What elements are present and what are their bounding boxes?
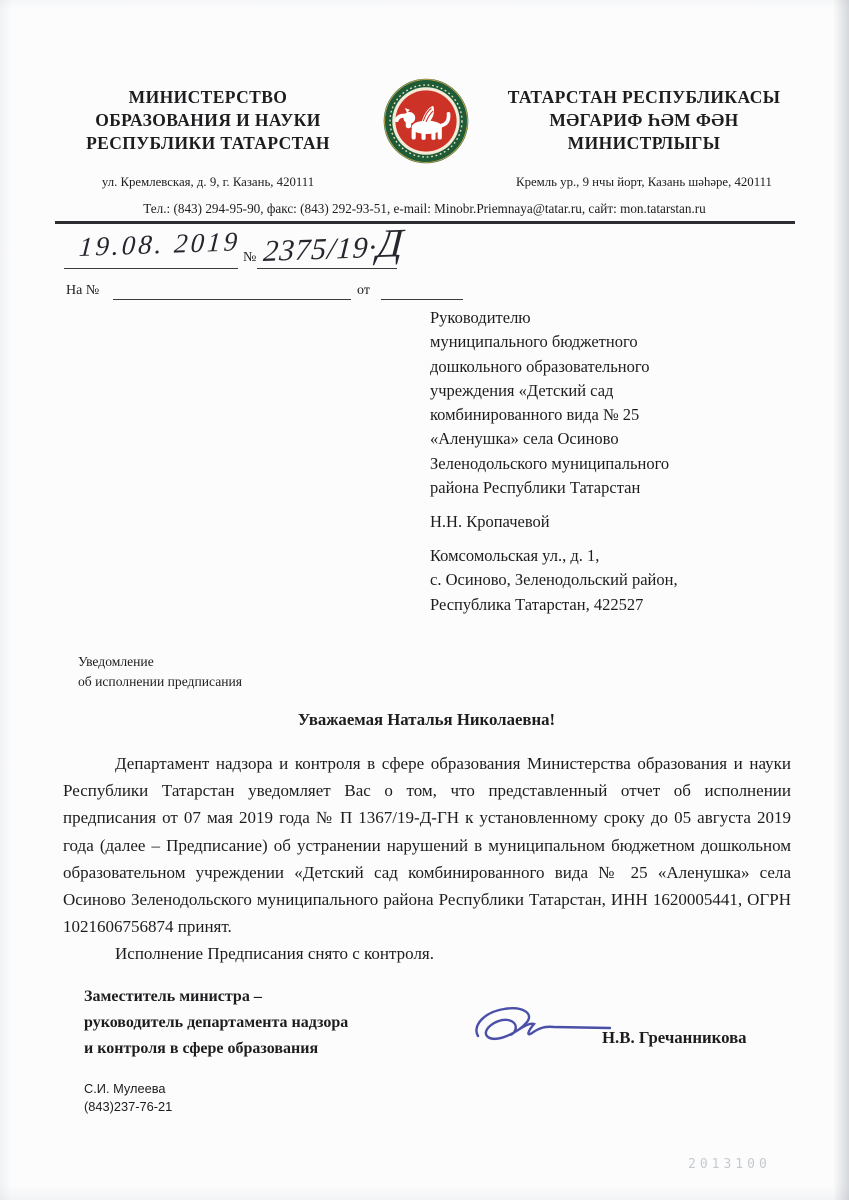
signer-position-block: Заместитель министра – руководитель депа… bbox=[84, 984, 348, 1062]
outgoing-number-letter: Д bbox=[376, 220, 406, 266]
reply-number-underline bbox=[113, 299, 351, 300]
recipient-person-name: Н.Н. Кропачевой bbox=[430, 512, 550, 532]
recipient-line: района Республики Татарстан bbox=[430, 476, 810, 500]
ministry-name-ru-line2: ОБРАЗОВАНИЯ И НАУКИ bbox=[58, 109, 358, 132]
ministry-name-ru-line3: РЕСПУБЛИКИ ТАТАРСТАН bbox=[58, 132, 358, 155]
recipient-line: «Аленушка» села Осиново bbox=[430, 427, 810, 451]
outgoing-number-digits: 2375/19· bbox=[262, 231, 378, 268]
scanned-letter-page: МИНИСТЕРСТВО ОБРАЗОВАНИЯ И НАУКИ РЕСПУБЛ… bbox=[0, 0, 849, 1200]
ministry-name-ru-line1: МИНИСТЕРСТВО bbox=[58, 86, 358, 109]
signer-position-line: и контроля в сфере образования bbox=[84, 1036, 348, 1062]
ministry-name-tt-line1: ТАТАРСТАН РЕСПУБЛИКАСЫ bbox=[486, 86, 802, 109]
number-sign-label: № bbox=[243, 250, 256, 266]
recipient-line: муниципального бюджетного bbox=[430, 330, 810, 354]
ministry-name-russian: МИНИСТЕРСТВО ОБРАЗОВАНИЯ И НАУКИ РЕСПУБЛ… bbox=[58, 86, 358, 155]
signature-ink-icon bbox=[468, 998, 620, 1060]
header-divider-rule bbox=[55, 221, 795, 224]
reply-to-number-label: На № bbox=[66, 283, 99, 299]
body-paragraph-1: Департамент надзора и контроля в сфере о… bbox=[63, 750, 791, 940]
executor-name: С.И. Мулеева bbox=[84, 1080, 172, 1098]
recipient-address-line: с. Осиново, Зеленодольский район, bbox=[430, 568, 810, 592]
reply-date-underline bbox=[381, 299, 463, 300]
recipient-block: Руководителю муниципального бюджетного д… bbox=[430, 306, 810, 500]
subject-line1: Уведомление bbox=[78, 652, 242, 672]
reply-from-label: от bbox=[357, 283, 370, 299]
letter-body: Департамент надзора и контроля в сфере о… bbox=[63, 750, 791, 968]
recipient-line: Зеленодольского муниципального bbox=[430, 452, 810, 476]
ministry-name-tt-line3: МИНИСТРЛЫГЫ bbox=[486, 132, 802, 155]
coat-of-arms-icon bbox=[381, 76, 471, 166]
ministry-address-tatar: Кремль ур., 9 нчы йорт, Казань шәһәре, 4… bbox=[486, 175, 802, 190]
signer-position-line: Заместитель министра – bbox=[84, 984, 348, 1010]
recipient-line: дошкольного образовательного bbox=[430, 355, 810, 379]
document-subject: Уведомление об исполнении предписания bbox=[78, 652, 242, 692]
recipient-line: Руководителю bbox=[430, 306, 810, 330]
contact-info-line: Тел.: (843) 294-95-90, факс: (843) 292-9… bbox=[0, 201, 849, 217]
salutation: Уважаемая Наталья Николаевна! bbox=[63, 710, 790, 730]
recipient-address: Комсомольская ул., д. 1, с. Осиново, Зел… bbox=[430, 544, 810, 617]
subject-line2: об исполнении предписания bbox=[78, 672, 242, 692]
signer-name: Н.В. Гречанникова bbox=[602, 1028, 747, 1048]
recipient-address-line: Республика Татарстан, 422527 bbox=[430, 593, 810, 617]
handwritten-outgoing-number: 2375/19·Д bbox=[262, 219, 406, 271]
tatarstan-emblem-logo bbox=[381, 76, 471, 166]
date-underline bbox=[64, 268, 238, 269]
handwritten-date: 19.08. 2019 bbox=[78, 226, 241, 263]
faint-scan-stamp: 2013100 bbox=[688, 1157, 771, 1172]
recipient-line: учреждения «Детский сад bbox=[430, 379, 810, 403]
ministry-name-tt-line2: МӘГАРИФ ҺӘМ ФӘН bbox=[486, 109, 802, 132]
executor-phone: (843)237-76-21 bbox=[84, 1098, 172, 1116]
number-underline bbox=[257, 268, 397, 269]
recipient-address-line: Комсомольская ул., д. 1, bbox=[430, 544, 810, 568]
ministry-name-tatar: ТАТАРСТАН РЕСПУБЛИКАСЫ МӘГАРИФ ҺӘМ ФӘН М… bbox=[486, 86, 802, 155]
signer-position-line: руководитель департамента надзора bbox=[84, 1010, 348, 1036]
body-paragraph-2: Исполнение Предписания снято с контроля. bbox=[63, 940, 791, 967]
ministry-address-russian: ул. Кремлевская, д. 9, г. Казань, 420111 bbox=[58, 175, 358, 190]
executor-contact: С.И. Мулеева (843)237-76-21 bbox=[84, 1080, 172, 1116]
recipient-line: комбинированного вида № 25 bbox=[430, 403, 810, 427]
handwritten-signature bbox=[468, 998, 620, 1060]
